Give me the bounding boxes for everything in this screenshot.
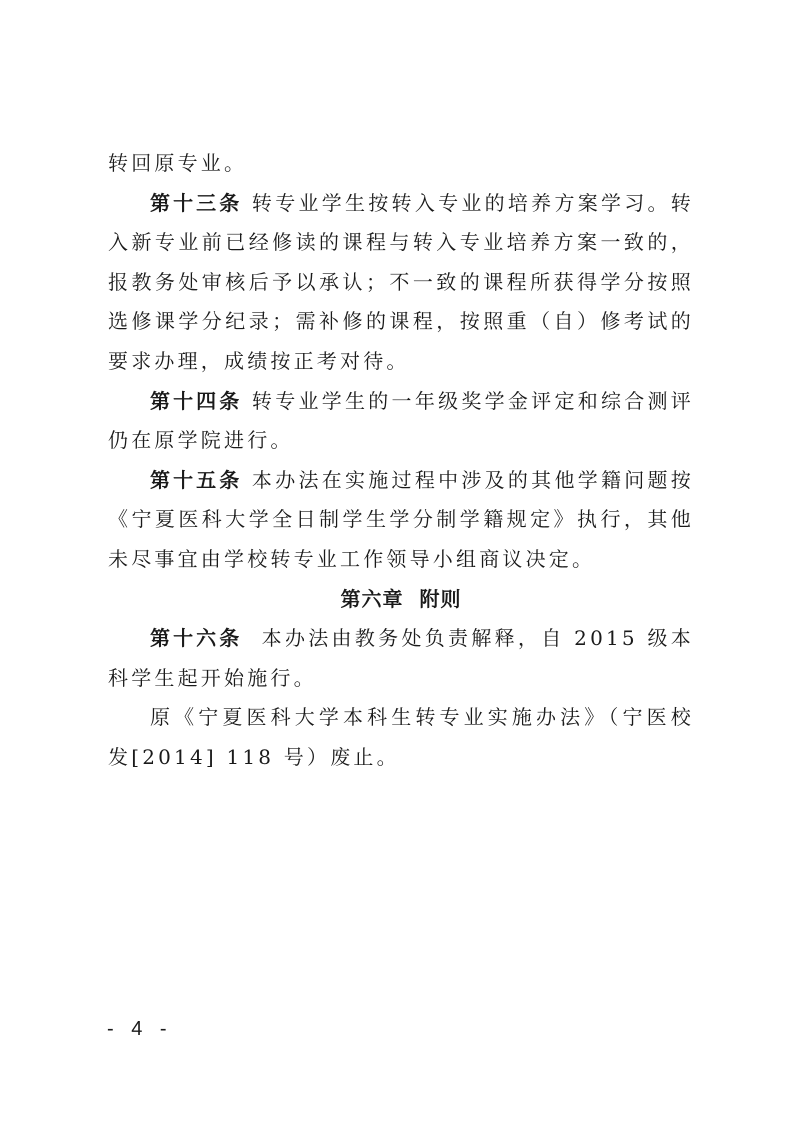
article-label: 第十四条 (150, 389, 242, 413)
article-13: 第十三条 转专业学生按转入专业的培养方案学习。转入新专业前已经修读的课程与转入专… (108, 184, 694, 382)
chapter-title: 第六章 附则 (108, 580, 694, 620)
article-text: 转专业学生按转入专业的培养方案学习。转入新专业前已经修读的课程与转入专业培养方案… (108, 191, 694, 373)
article-14: 第十四条 转专业学生的一年级奖学金评定和综合测评仍在原学院进行。 (108, 382, 694, 461)
article-15: 第十五条 本办法在实施过程中涉及的其他学籍问题按《宁夏医科大学全日制学生学分制学… (108, 461, 694, 580)
article-label: 第十五条 (150, 468, 242, 492)
closing-paragraph: 原《宁夏医科大学本科生转专业实施办法》（宁医校发[2014] 118 号）废止。 (108, 698, 694, 777)
article-label: 第十三条 (150, 191, 242, 215)
intro-line: 转回原专业。 (108, 144, 694, 184)
document-page: 转回原专业。 第十三条 转专业学生按转入专业的培养方案学习。转入新专业前已经修读… (108, 144, 694, 778)
article-label: 第十六条 (150, 626, 242, 650)
article-16: 第十六条 本办法由教务处负责解释，自 2015 级本科学生起开始施行。 (108, 619, 694, 698)
page-number: - 4 - (107, 1018, 173, 1041)
